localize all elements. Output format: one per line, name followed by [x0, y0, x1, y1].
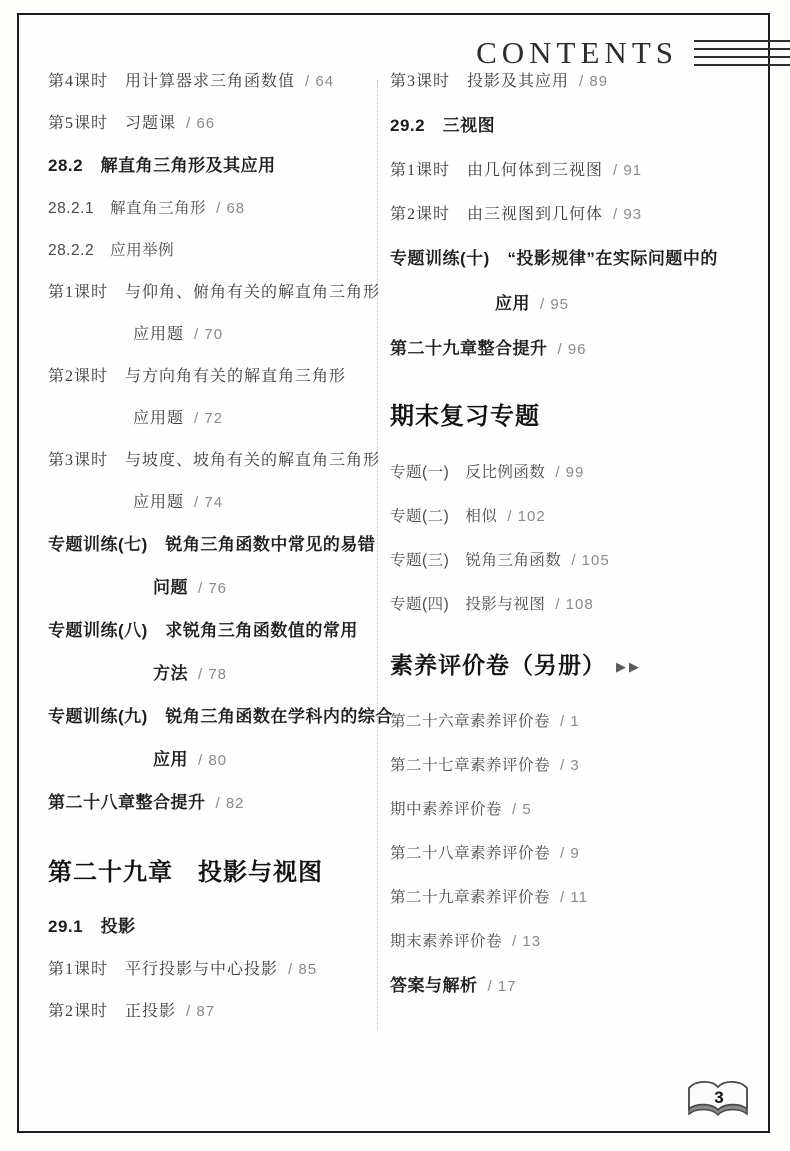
toc-entry: 专题训练(十) “投影规律”在实际问题中的 — [390, 249, 765, 270]
entry-page: / 66 — [186, 115, 215, 132]
toc-entry: 第二十六章素养评价卷/ 1 — [390, 712, 765, 732]
toc-entry: 第二十八章素养评价卷/ 9 — [390, 844, 765, 864]
toc-page: { "header": { "title": "CONTENTS" }, "co… — [0, 0, 790, 1151]
entry-text: 方法 — [153, 664, 188, 683]
entry-text: 28.2.1 解直角三角形 — [48, 200, 206, 217]
entry-text: 应用题 — [133, 494, 184, 511]
entry-text: 专题(三) 锐角三角函数 — [390, 552, 561, 569]
toc-entry: 第3课时 与坡度、坡角有关的解直角三角形 — [48, 451, 378, 471]
toc-entry: 28.2 解直角三角形及其应用 — [48, 156, 378, 177]
entry-page: / 96 — [558, 341, 587, 358]
toc-entry: 专题(三) 锐角三角函数/ 105 — [390, 551, 765, 571]
entry-text: 第二十八章整合提升 — [48, 793, 206, 812]
header-rule-lines-icon — [694, 34, 790, 72]
entry-text: 第2课时 由三视图到几何体 — [390, 206, 603, 223]
entry-page: / 9 — [560, 845, 580, 862]
double-arrow-icon: ▶▶ — [616, 659, 642, 674]
entry-page: / 108 — [555, 596, 593, 613]
contents-header: CONTENTS — [476, 34, 790, 72]
toc-entry-continuation: 应用/ 80 — [48, 750, 378, 771]
entry-text: 期中素养评价卷 — [390, 801, 502, 818]
entry-text: 应用 — [153, 750, 188, 769]
entry-text: 专题(二) 相似 — [390, 508, 497, 525]
entry-page: / 93 — [613, 206, 642, 223]
page-number-marker: 3 — [686, 1078, 750, 1120]
entry-text: 应用 — [495, 294, 530, 313]
toc-entry: 第2课时 正投影/ 87 — [48, 1002, 378, 1022]
toc-right-column: 第3课时 投影及其应用/ 89 29.2 三视图 第1课时 由几何体到三视图/ … — [390, 72, 765, 1021]
entry-text: 第1课时 与仰角、俯角有关的解直角三角形 — [48, 284, 380, 301]
toc-entry: 29.1 投影 — [48, 917, 378, 938]
entry-text: 第1课时 由几何体到三视图 — [390, 162, 603, 179]
entry-text: 第二十七章素养评价卷 — [390, 757, 550, 774]
entry-page: / 82 — [216, 795, 245, 812]
toc-entry-continuation: 方法/ 78 — [48, 664, 378, 685]
toc-entry: 专题训练(七) 锐角三角函数中常见的易错 — [48, 535, 378, 556]
entry-text: 期末复习专题 — [390, 403, 540, 430]
toc-entry: 第1课时 由几何体到三视图/ 91 — [390, 161, 765, 181]
toc-entry: 第1课时 与仰角、俯角有关的解直角三角形 — [48, 283, 378, 303]
contents-title: CONTENTS — [476, 35, 678, 71]
toc-entry: 答案与解析/ 17 — [390, 976, 765, 997]
entry-text: 期末素养评价卷 — [390, 933, 502, 950]
entry-text: 第2课时 与方向角有关的解直角三角形 — [48, 368, 346, 385]
entry-page: / 17 — [488, 978, 517, 995]
entry-page: / 3 — [560, 757, 580, 774]
entry-page: / 74 — [194, 494, 223, 511]
toc-entry-continuation: 问题/ 76 — [48, 578, 378, 599]
entry-text: 第二十九章 投影与视图 — [48, 859, 323, 886]
toc-entry-continuation: 应用题/ 72 — [48, 409, 378, 429]
toc-entry: 第二十九章整合提升/ 96 — [390, 339, 765, 360]
toc-chapter-heading: 期末复习专题 — [390, 402, 765, 435]
entry-page: / 102 — [507, 508, 545, 525]
entry-text: 第二十九章整合提升 — [390, 339, 548, 358]
toc-entry: 第2课时 由三视图到几何体/ 93 — [390, 205, 765, 225]
toc-entry: 第5课时 习题课/ 66 — [48, 114, 378, 134]
toc-entry: 期末素养评价卷/ 13 — [390, 932, 765, 952]
entry-text: 第4课时 用计算器求三角函数值 — [48, 73, 295, 90]
entry-page: / 80 — [198, 752, 227, 769]
entry-page: / 64 — [305, 73, 334, 90]
entry-page: / 68 — [216, 200, 245, 217]
entry-page: / 5 — [512, 801, 532, 818]
entry-text: 29.2 三视图 — [390, 116, 495, 135]
toc-entry-continuation: 应用题/ 70 — [48, 325, 378, 345]
entry-page: / 72 — [194, 410, 223, 427]
entry-text: 问题 — [153, 578, 188, 597]
entry-text: 应用题 — [133, 326, 184, 343]
toc-entry-continuation: 应用题/ 74 — [48, 493, 378, 513]
entry-page: / 89 — [579, 73, 608, 90]
toc-chapter-heading: 第二十九章 投影与视图 — [48, 858, 378, 891]
entry-page: / 91 — [613, 162, 642, 179]
entry-text: 第2课时 正投影 — [48, 1003, 176, 1020]
toc-entry: 第二十八章整合提升/ 82 — [48, 793, 378, 814]
entry-page: / 1 — [560, 713, 580, 730]
toc-chapter-heading: 素养评价卷（另册）▶▶ — [390, 651, 765, 684]
toc-entry: 专题训练(八) 求锐角三角函数值的常用 — [48, 621, 378, 642]
toc-entry: 专题(四) 投影与视图/ 108 — [390, 595, 765, 615]
entry-text: 第3课时 投影及其应用 — [390, 73, 569, 90]
toc-entry: 专题(二) 相似/ 102 — [390, 507, 765, 527]
entry-page: / 76 — [198, 580, 227, 597]
entry-text: 专题训练(九) 锐角三角函数在学科内的综合 — [48, 707, 393, 726]
toc-entry: 第二十九章素养评价卷/ 11 — [390, 888, 765, 908]
entry-page: / 85 — [288, 961, 317, 978]
entry-text: 第二十八章素养评价卷 — [390, 845, 550, 862]
toc-entry: 第1课时 平行投影与中心投影/ 85 — [48, 960, 378, 980]
toc-entry: 第4课时 用计算器求三角函数值/ 64 — [48, 72, 378, 92]
entry-text: 应用题 — [133, 410, 184, 427]
entry-page: / 95 — [540, 296, 569, 313]
entry-text: 第1课时 平行投影与中心投影 — [48, 961, 278, 978]
entry-text: 素养评价卷（另册） — [390, 653, 606, 678]
toc-entry: 第2课时 与方向角有关的解直角三角形 — [48, 367, 378, 387]
entry-text: 答案与解析 — [390, 976, 478, 995]
entry-text: 第二十六章素养评价卷 — [390, 713, 550, 730]
toc-entry: 第二十七章素养评价卷/ 3 — [390, 756, 765, 776]
toc-entry: 28.2.1 解直角三角形/ 68 — [48, 199, 378, 219]
entry-page: / 99 — [555, 464, 584, 481]
entry-page: / 11 — [560, 889, 588, 906]
entry-text: 29.1 投影 — [48, 917, 136, 936]
toc-entry: 29.2 三视图 — [390, 116, 765, 137]
entry-text: 第5课时 习题课 — [48, 115, 176, 132]
entry-text: 专题训练(八) 求锐角三角函数值的常用 — [48, 621, 358, 640]
entry-text: 28.2 解直角三角形及其应用 — [48, 156, 276, 175]
entry-text: 专题训练(十) “投影规律”在实际问题中的 — [390, 249, 718, 268]
toc-entry: 专题(一) 反比例函数/ 99 — [390, 463, 765, 483]
toc-entry: 期中素养评价卷/ 5 — [390, 800, 765, 820]
toc-entry: 28.2.2 应用举例 — [48, 241, 378, 261]
entry-text: 28.2.2 应用举例 — [48, 242, 174, 259]
entry-text: 专题(一) 反比例函数 — [390, 464, 545, 481]
toc-entry: 专题训练(九) 锐角三角函数在学科内的综合 — [48, 707, 378, 728]
entry-text: 专题(四) 投影与视图 — [390, 596, 545, 613]
entry-text: 第3课时 与坡度、坡角有关的解直角三角形 — [48, 452, 380, 469]
entry-page: / 87 — [186, 1003, 215, 1020]
toc-entry-continuation: 应用/ 95 — [390, 294, 765, 315]
entry-page: / 13 — [512, 933, 541, 950]
entry-text: 第二十九章素养评价卷 — [390, 889, 550, 906]
page-number: 3 — [714, 1088, 723, 1107]
entry-page: / 78 — [198, 666, 227, 683]
entry-page: / 105 — [571, 552, 609, 569]
entry-page: / 70 — [194, 326, 223, 343]
entry-text: 专题训练(七) 锐角三角函数中常见的易错 — [48, 535, 375, 554]
open-book-icon: 3 — [686, 1078, 750, 1120]
toc-entry: 第3课时 投影及其应用/ 89 — [390, 72, 765, 92]
toc-left-column: 第4课时 用计算器求三角函数值/ 64 第5课时 习题课/ 66 28.2 解直… — [48, 72, 378, 1044]
